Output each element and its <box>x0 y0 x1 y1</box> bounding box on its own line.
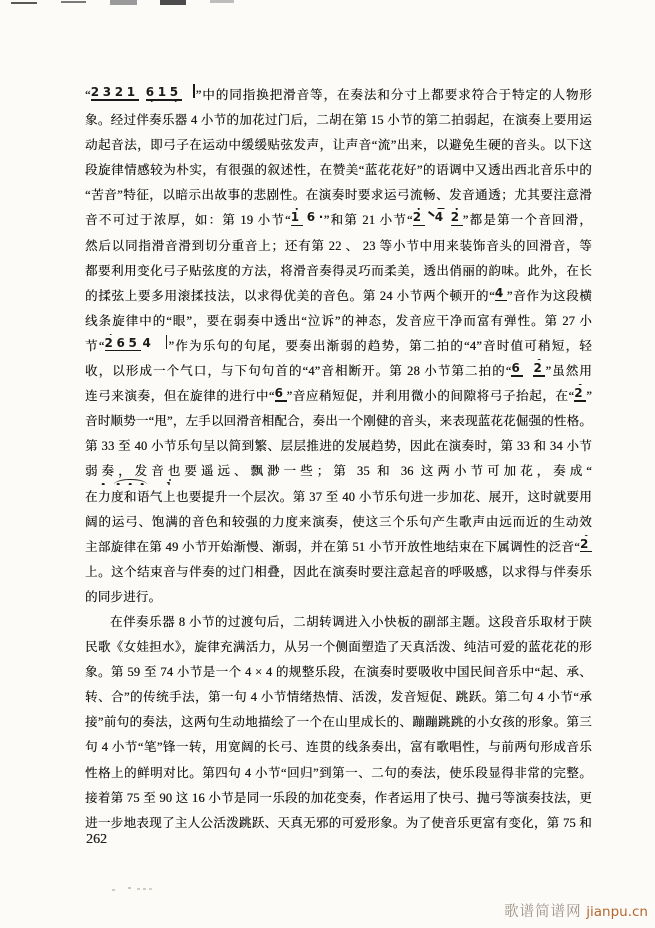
text-run: 句 4 小节“笔”锋一转，用宽阔的长弓、连贯的线条奏出，富有歌唱性，与前两句形成… <box>85 740 592 754</box>
jianpu-note: 5 <box>129 336 141 350</box>
text-run: 在伴奏乐器 8 小节的过渡句后，二胡转调进入小快板的副部主题。这段音乐取材于陕北 <box>110 615 592 635</box>
watermark-site-name: 歌谱简谱网 <box>504 904 582 920</box>
jianpu-note: 5 <box>170 85 182 99</box>
text-run: 在力度和语气上也要提升一个层次。第 37 至 40 小节乐句进一步加花、展开，这… <box>85 490 592 510</box>
text-run: 象。经过伴奏乐器 4 小节的加花过门后，二胡在第 15 小节的第二拍弱起，在演奏… <box>85 113 592 127</box>
jianpu-note: 2 <box>580 537 592 551</box>
text-run: 民歌《女娃担水》，旋律充满活力，从另一个侧面塑造了天真活泼、纯洁可爱的蓝花花的形 <box>85 640 592 654</box>
text-line: 性格上的鲜明对比。第四句 4 小节“回归”到第一、二句的奏法，使乐段显得非常的完… <box>85 761 592 786</box>
text-run: ”虽然用 <box>545 364 592 378</box>
jianpu-note <box>428 210 435 224</box>
jianpu-note: 6 <box>275 386 287 400</box>
jianpu-notation: 62 <box>511 361 545 377</box>
text-block: “2321615”中的同指换把滑音等，在奏法和分寸上都要求符合于特定的人物形象。… <box>85 83 592 836</box>
text-line: 连弓来演奏，但在旋律的进行中“6”音应稍短促，并利用微小的间隙将弓子抬起，在“2… <box>85 384 592 409</box>
text-run: 动起音法，即弓子在运动中缓缓贴弦发声，让声音“流”出来，以避免生硬的音头。以下这 <box>85 138 592 152</box>
jianpu-note: 1 <box>158 85 170 99</box>
jianpu-notation: 4 <box>495 286 507 302</box>
text-run: 接着第 75 至 90 这 16 小节是同一乐段的加花变奏，作者运用了快弓、抛弓… <box>85 791 592 805</box>
text-run: 第 33 至 40 小节乐句呈以简到繁、层层推进的发展趋势，因此在演奏时，第 3… <box>85 439 592 459</box>
book-page: “2321615”中的同指换把滑音等，在奏法和分寸上都要求符合于特定的人物形象。… <box>0 0 655 928</box>
watermark-site-url: jianpu.cn <box>586 904 648 920</box>
text-run: 音不可过于浓厚，如：第 19 小节“ <box>85 213 291 227</box>
jianpu-notation: 2 <box>574 386 586 402</box>
text-run: ”中的同指换把滑音等，在奏法和分寸上都要求符合于特定的人物形 <box>196 88 592 102</box>
text-run: 收，以形成一个气口，与下句句首的“4”音相断开。第 28 小节第二拍的“ <box>85 364 511 378</box>
text-run: ”作为乐句的句尾，要奏出渐弱的趋势，第二拍的“4”音时值可稍短，轻 <box>169 339 593 353</box>
text-run: 阔的运弓、饱满的音色和较强的力度来演奏，使这三个乐句产生歌声由远而近的生动效果。 <box>85 515 592 535</box>
text-run: 段旋律情感较为朴实，有很强的叙述性，在赞美“蓝花花好”的语调中又透出西北音乐中的 <box>85 163 592 177</box>
text-line: 然后以同指滑音滑到切分重音上；还有第 22 、 23 等小节中用来装饰音头的回滑… <box>85 234 592 259</box>
jianpu-note: 2 <box>91 85 103 99</box>
scan-artifact-mark <box>11 2 37 5</box>
jianpu-note: 4 <box>143 336 155 350</box>
text-line: 接着第 75 至 90 这 16 小节是同一乐段的加花变奏，作者运用了快弓、抛弓… <box>85 786 592 811</box>
jianpu-notation: 16· <box>291 210 324 226</box>
text-run: 弱奏，发音也要遥远、飘渺一些；第 35 和 36 这两小节可加花，奏成“ <box>85 464 592 478</box>
text-line: 都要利用变化弓子贴弦度的方法，将滑音奏得灵巧而柔美，透出俏丽的韵味。此外，在长音 <box>85 259 592 284</box>
text-line: 民歌《女娃担水》，旋律充满活力，从另一个侧面塑造了天真活泼、纯洁可爱的蓝花花的形 <box>85 635 592 660</box>
text-line: 主部旋律在第 49 小节开始渐慢、渐弱，并在第 51 小节开放性地结束在下属调性… <box>85 535 592 560</box>
text-line: 进一步地表现了主人公活泼跳跃、天真无邪的可爱形象。为了使音乐更富有变化，第 75… <box>85 811 592 836</box>
text-line: 音不可过于浓厚，如：第 19 小节“16·”和第 21 小节“242”都是第一个… <box>85 208 592 233</box>
text-line: 收，以形成一个气口，与下句句首的“4”音相断开。第 28 小节第二拍的“62”虽… <box>85 359 592 384</box>
text-line: 节“2654”作为乐句的句尾，要奏出渐弱的趋势，第二拍的“4”音时值可稍短，轻 <box>85 334 592 359</box>
jianpu-note: 1 <box>127 85 139 99</box>
jianpu-notation: 2654 <box>105 336 169 352</box>
text-run: ”音应稍短促，并利用微小的间隙将弓子抬起，在“ <box>287 389 575 403</box>
jianpu-note: 4 <box>495 286 507 300</box>
jianpu-note: 2 <box>574 386 586 400</box>
scan-smudge <box>128 887 131 889</box>
text-run: 象。第 59 至 74 小节是一个 4 × 4 的规整乐段，在演奏时要吸收中国民… <box>85 665 592 679</box>
text-run: ”都是第一个音回滑， <box>463 213 592 227</box>
text-line: 线条旋律中的“眼”，要在弱奏中透出“泣诉”的神态，发音应干净而富有弹性。第 27… <box>85 309 592 334</box>
text-run: 节“ <box>85 339 105 353</box>
jianpu-note: 6 <box>307 210 319 224</box>
jianpu-notation: 6 <box>275 386 287 402</box>
jianpu-note: · <box>319 210 324 224</box>
text-line: 象。经过伴奏乐器 4 小节的加花过门后，二胡在第 15 小节的第二拍弱起，在演奏… <box>85 108 592 133</box>
jianpu-note: 1 <box>291 210 303 224</box>
text-run: 接”前句的奏法，这两句生动地描绘了一个在山里成长的、蹦蹦跳跳的小女孩的形象。第三 <box>85 715 592 729</box>
jianpu-note: 2 <box>115 85 127 99</box>
jianpu-notation: 2321615 <box>91 85 196 101</box>
text-run: 上。这个结束音与伴奏的过门相叠，因此在演奏时要注意起音的呼吸感，以求得与伴奏乐器 <box>85 565 592 585</box>
text-line: 阔的运弓、饱满的音色和较强的力度来演奏，使这三个乐句产生歌声由远而近的生动效果。 <box>85 510 592 535</box>
scan-artifact-mark <box>61 1 86 3</box>
jianpu-note <box>191 85 196 99</box>
jianpu-notation: 242 <box>413 210 463 226</box>
text-line: “2321615”中的同指换把滑音等，在奏法和分寸上都要求符合于特定的人物形 <box>85 83 592 108</box>
text-run: 进一步地表现了主人公活泼跳跃、天真无邪的可爱形象。为了使音乐更富有变化，第 75… <box>85 816 592 830</box>
text-run: 音时顺势一“甩”，左手以回滑音相配合，奏出一个刚健的音头，来表现蓝花花倔强的性格… <box>85 414 592 428</box>
text-run: 主部旋律在第 49 小节开始渐慢、渐弱，并在第 51 小节开放性地结束在下属调性… <box>85 540 580 554</box>
jianpu-note: 3 <box>103 85 115 99</box>
text-line: “苦音”特征，以暗示出故事的悲剧性。在演奏时要求运弓流畅、发音通透；尤其要注意滑 <box>85 183 592 208</box>
text-line: 上。这个结束音与伴奏的过门相叠，因此在演奏时要注意起音的呼吸感，以求得与伴奏乐器 <box>85 560 592 585</box>
text-run: “苦音”特征，以暗示出故事的悲剧性。在演奏时要求运弓流畅、发音通透；尤其要注意滑 <box>85 188 592 202</box>
watermark: 歌谱简谱网 jianpu.cn <box>504 900 648 921</box>
jianpu-note: 2 <box>533 361 545 375</box>
text-line: 的揉弦上要多用滚揉技法，以求得优美的音色。第 24 小节两个顿开的“4”音作为这… <box>85 284 592 309</box>
jianpu-notation: 2 <box>580 537 592 553</box>
text-line: 接”前句的奏法，这两句生动地描绘了一个在山里成长的、蹦蹦跳跳的小女孩的形象。第三 <box>85 710 592 735</box>
text-line: 动起音法，即弓子在运动中缓缓贴弦发声，让声音“流”出来，以避免生硬的音头。以下这 <box>85 133 592 158</box>
text-line: 转、合”的传统手法，第一句 4 小节情绪热情、活泼，发音短促、跳跃。第二句 4 … <box>85 685 592 710</box>
jianpu-note: 6 <box>146 85 158 99</box>
jianpu-note: 6 <box>511 361 523 375</box>
scan-artifact-mark <box>210 0 234 3</box>
text-run: ”和第 21 小节“ <box>324 213 413 227</box>
text-run: 线条旋律中的“眼”，要在弱奏中透出“泣诉”的神态，发音应干净而富有弹性。第 27… <box>85 314 592 328</box>
scan-artifact-mark <box>110 0 137 5</box>
text-line: 在伴奏乐器 8 小节的过渡句后，二胡转调进入小快板的副部主题。这段音乐取材于陕北 <box>85 610 592 635</box>
text-run: 的同步进行。 <box>85 590 161 604</box>
page-number: 262 <box>86 832 107 848</box>
text-line: 段旋律情感较为朴实，有很强的叙述性，在赞美“蓝花花好”的语调中又透出西北音乐中的 <box>85 158 592 183</box>
text-run: 连弓来演奏，但在旋律的进行中“ <box>85 389 275 403</box>
jianpu-note: 2 <box>451 210 463 224</box>
jianpu-note <box>164 336 169 350</box>
text-line: 第 33 至 40 小节乐句呈以简到繁、层层推进的发展趋势，因此在演奏时，第 3… <box>85 434 592 459</box>
text-line: 弱奏，发音也要遥远、飘渺一些；第 35 和 36 这两小节可加花，奏成“0323… <box>85 459 592 484</box>
text-run: 转、合”的传统手法，第一句 4 小节情绪热情、活泼，发音短促、跳跃。第二句 4 … <box>85 690 592 704</box>
text-run: ”音作为这段横 <box>507 289 592 303</box>
text-line: 象。第 59 至 74 小节是一个 4 × 4 的规整乐段，在演奏时要吸收中国民… <box>85 660 592 685</box>
text-line: 句 4 小节“笔”锋一转，用宽阔的长弓、连贯的线条奏出，富有歌唱性，与前两句形成… <box>85 735 592 760</box>
jianpu-note: 1 <box>166 482 174 485</box>
text-run: ” <box>586 389 592 403</box>
text-run: 都要利用变化弓子贴弦度的方法，将滑音奏得灵巧而柔美，透出俏丽的韵味。此外，在长音 <box>85 264 592 284</box>
text-line: 在力度和语气上也要提升一个层次。第 37 至 40 小节乐句进一步加花、展开，这… <box>85 485 592 510</box>
text-line: 音时顺势一“甩”，左手以回滑音相配合，奏出一个刚健的音头，来表现蓝花花倔强的性格… <box>85 409 592 434</box>
scan-artifact-mark <box>160 0 186 5</box>
jianpu-note: 6 <box>117 336 129 350</box>
text-run: 然后以同指滑音滑到切分重音上；还有第 22 、 23 等小节中用来装饰音头的回滑… <box>85 239 592 259</box>
text-run: 的揉弦上要多用滚揉技法，以求得优美的音色。第 24 小节两个顿开的“ <box>85 289 495 303</box>
text-line: 的同步进行。 <box>85 585 592 610</box>
jianpu-note: 2 <box>413 210 425 224</box>
jianpu-note: 2 <box>105 336 117 350</box>
jianpu-note: 4 <box>435 210 447 224</box>
text-run: 性格上的鲜明对比。第四句 4 小节“回归”到第一、二句的奏法，使乐段显得非常的完… <box>85 766 592 780</box>
